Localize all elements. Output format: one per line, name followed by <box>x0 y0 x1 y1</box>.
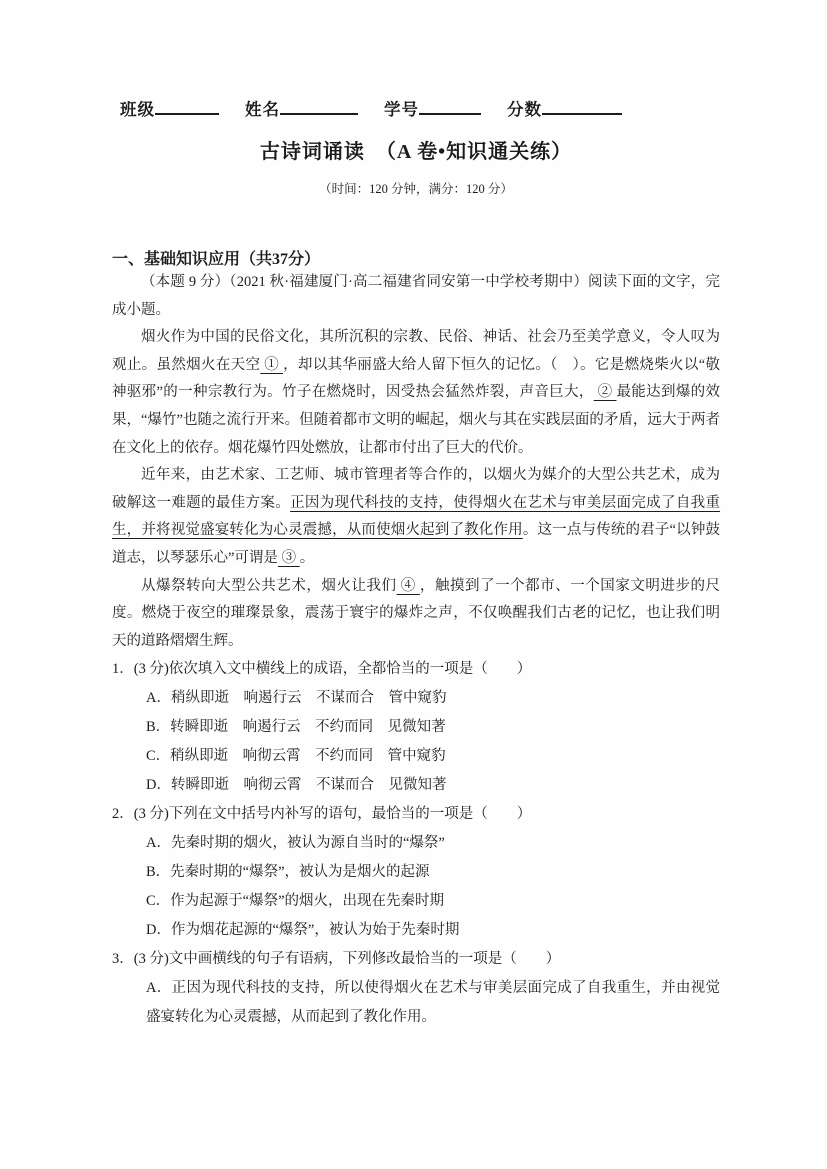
question-2: 2．(3 分)下列在文中括号内补写的语句，最恰当的一项是（ ） A．先秦时期的烟… <box>112 800 720 945</box>
question-2-option-a: A．先秦时期的烟火，被认为源自当时的“爆祭” <box>112 829 720 858</box>
field-score: 分数 <box>507 96 622 120</box>
question-1-option-a: A．稍纵即逝 响遏行云 不谋而合 管中窥豹 <box>112 684 720 713</box>
question-3-stem: 3．(3 分)文中画横线的句子有语病，下列修改最恰当的一项是（ ） <box>112 945 720 974</box>
blank-2: ② <box>594 384 617 400</box>
question-1-option-b: B．转瞬即逝 响遏行云 不约而同 见微知著 <box>112 713 720 742</box>
header-fields: 班级姓名学号分数 <box>112 96 720 120</box>
field-score-label: 分数 <box>507 100 542 119</box>
question-1-text: 依次填入文中横线上的成语，全都恰当的一项是（ ） <box>169 661 532 677</box>
paragraph-text: 。 <box>300 550 315 566</box>
passage-paragraph-1: 烟火作为中国的民俗文化，其所沉积的宗教、民俗、神话、社会乃至美学意义，令人叹为观… <box>112 324 720 462</box>
field-class: 班级 <box>120 96 219 120</box>
question-3-prefix: 3．(3 分) <box>112 951 169 967</box>
passage-paragraph-2: 近年来，由艺术家、工艺师、城市管理者等合作的，以烟火为媒介的大型公共艺术，成为破… <box>112 462 720 572</box>
name-blank-line <box>280 99 358 115</box>
passage-paragraph-3: 从爆祭转向大型公共艺术，烟火让我们 ④ ，触摸到了一个都市、一个国家文明进步的尺… <box>112 573 720 656</box>
question-3: 3．(3 分)文中画横线的句子有语病，下列修改最恰当的一项是（ ） A．正因为现… <box>112 945 720 1032</box>
question-3-option-a: A．正因为现代科技的支持，所以使得烟火在艺术与审美层面完成了自我重生，并由视觉盛… <box>112 974 720 1032</box>
blank-1: ① <box>260 357 283 373</box>
field-name-label: 姓名 <box>245 100 280 119</box>
field-class-label: 班级 <box>120 100 155 119</box>
question-2-text: 下列在文中括号内补写的语句，最恰当的一项是（ ） <box>169 806 532 822</box>
reading-passage: （本题 9 分）（2021 秋·福建厦门·高二福建省同安第一中学校考期中）阅读下… <box>112 269 720 655</box>
questions-list: 1．(3 分)依次填入文中横线上的成语，全都恰当的一项是（ ） A．稍纵即逝 响… <box>112 655 720 1032</box>
field-student-id-label: 学号 <box>384 100 419 119</box>
exam-paper: 班级姓名学号分数 古诗词诵读 （A 卷•知识通关练） （时间：120 分钟，满分… <box>0 0 827 1169</box>
blank-3: ③ <box>278 550 300 566</box>
question-2-option-c: C．作为起源于“爆祭”的烟火，出现在先秦时期 <box>112 887 720 916</box>
question-2-stem: 2．(3 分)下列在文中括号内补写的语句，最恰当的一项是（ ） <box>112 800 720 829</box>
paragraph-text: 从爆祭转向大型公共艺术，烟火让我们 <box>141 578 397 594</box>
question-1-stem: 1．(3 分)依次填入文中横线上的成语，全都恰当的一项是（ ） <box>112 655 720 684</box>
score-blank-line <box>542 99 622 115</box>
question-2-option-d: D．作为烟花起源的“爆祭”，被认为始于先秦时期 <box>112 916 720 945</box>
question-2-option-b: B．先秦时期的“爆祭”，被认为是烟火的起源 <box>112 858 720 887</box>
question-1: 1．(3 分)依次填入文中横线上的成语，全都恰当的一项是（ ） A．稍纵即逝 响… <box>112 655 720 800</box>
class-blank-line <box>155 99 219 115</box>
exam-time-score-line: （时间：120 分钟，满分：120 分） <box>112 179 720 197</box>
blank-4: ④ <box>397 578 420 594</box>
passage-intro: （本题 9 分）（2021 秋·福建厦门·高二福建省同安第一中学校考期中）阅读下… <box>112 269 720 324</box>
field-student-id: 学号 <box>384 96 481 120</box>
question-1-option-c: C．稍纵即逝 响彻云霄 不约而同 管中窥豹 <box>112 742 720 771</box>
question-1-prefix: 1．(3 分) <box>112 661 169 677</box>
question-1-option-d: D．转瞬即逝 响彻云霄 不谋而合 见微知著 <box>112 771 720 800</box>
student-id-blank-line <box>419 99 481 115</box>
page-title: 古诗词诵读 （A 卷•知识通关练） <box>112 135 720 164</box>
question-3-text: 文中画横线的句子有语病，下列修改最恰当的一项是（ ） <box>169 951 561 967</box>
section-heading: 一、基础知识应用（共37分） <box>112 246 720 269</box>
question-2-prefix: 2．(3 分) <box>112 806 169 822</box>
field-name: 姓名 <box>245 96 358 120</box>
